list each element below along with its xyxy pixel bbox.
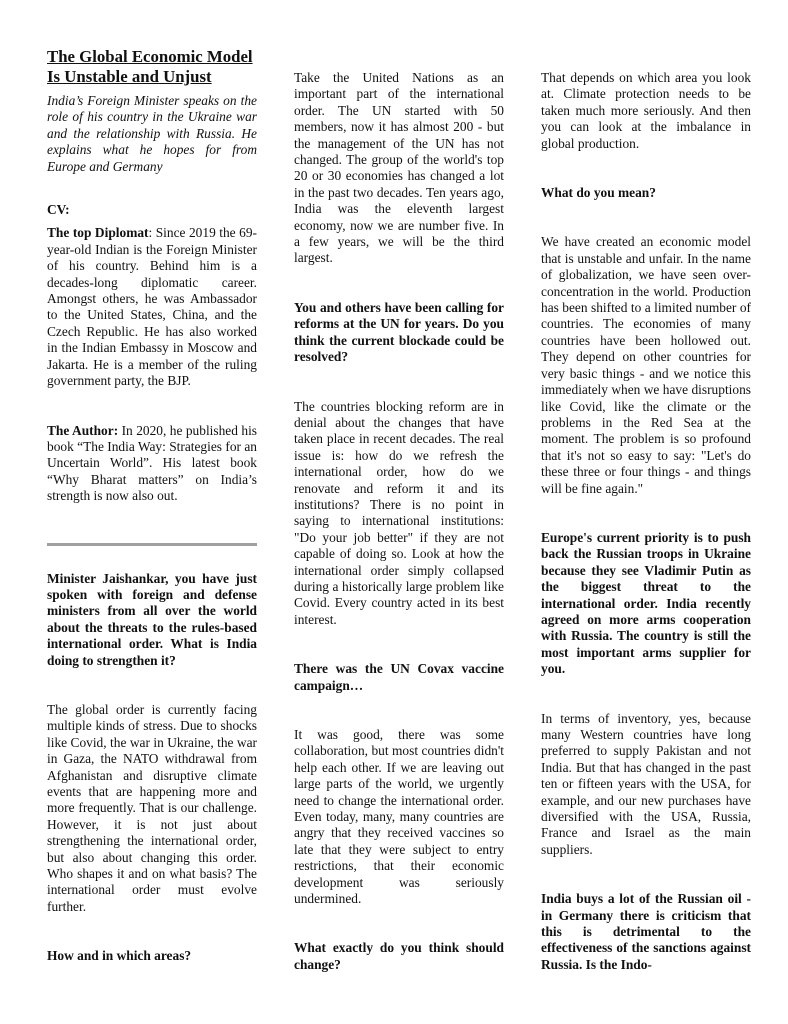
cv-diplomat-text: : Since 2019 the 69-year-old Indian is t… [47, 225, 257, 388]
interview-answer: It was good, there was some collaboratio… [294, 727, 504, 907]
column-3: That depends on which area you look at. … [541, 70, 751, 973]
interview-question: What exactly do you think should change? [294, 940, 504, 973]
section-separator [47, 543, 257, 546]
interview-answer: The countries blocking reform are in den… [294, 399, 504, 629]
interview-answer: We have created an economic model that i… [541, 234, 751, 497]
interview-answer: The global order is currently facing mul… [47, 702, 257, 915]
article-title: The Global Economic Model Is Unstable an… [47, 47, 257, 86]
interview-question: There was the UN Covax vaccine campaign… [294, 661, 504, 694]
cv-author-paragraph: The Author: In 2020, he published his bo… [47, 423, 257, 505]
cv-diplomat-label: The top Diplomat [47, 225, 149, 240]
document-page: The Global Economic Model Is Unstable an… [0, 0, 788, 1024]
cv-label: CV: [47, 202, 257, 218]
interview-question: You and others have been calling for ref… [294, 300, 504, 366]
cv-diplomat-paragraph: The top Diplomat: Since 2019 the 69-year… [47, 225, 257, 389]
interview-answer: That depends on which area you look at. … [541, 70, 751, 152]
article-standfirst: India’s Foreign Minister speaks on the r… [47, 93, 257, 175]
interview-question: India buys a lot of the Russian oil - in… [541, 891, 751, 973]
column-2: Take the United Nations as an important … [294, 70, 504, 973]
interview-question: Europe's current priority is to push bac… [541, 530, 751, 678]
interview-answer: Take the United Nations as an important … [294, 70, 504, 267]
interview-answer: In terms of inventory, yes, because many… [541, 711, 751, 859]
column-1: The Global Economic Model Is Unstable an… [47, 47, 257, 965]
interview-question: What do you mean? [541, 185, 751, 201]
interview-question: How and in which areas? [47, 948, 257, 964]
cv-author-label: The Author: [47, 423, 118, 438]
interview-question: Minister Jaishankar, you have just spoke… [47, 571, 257, 669]
